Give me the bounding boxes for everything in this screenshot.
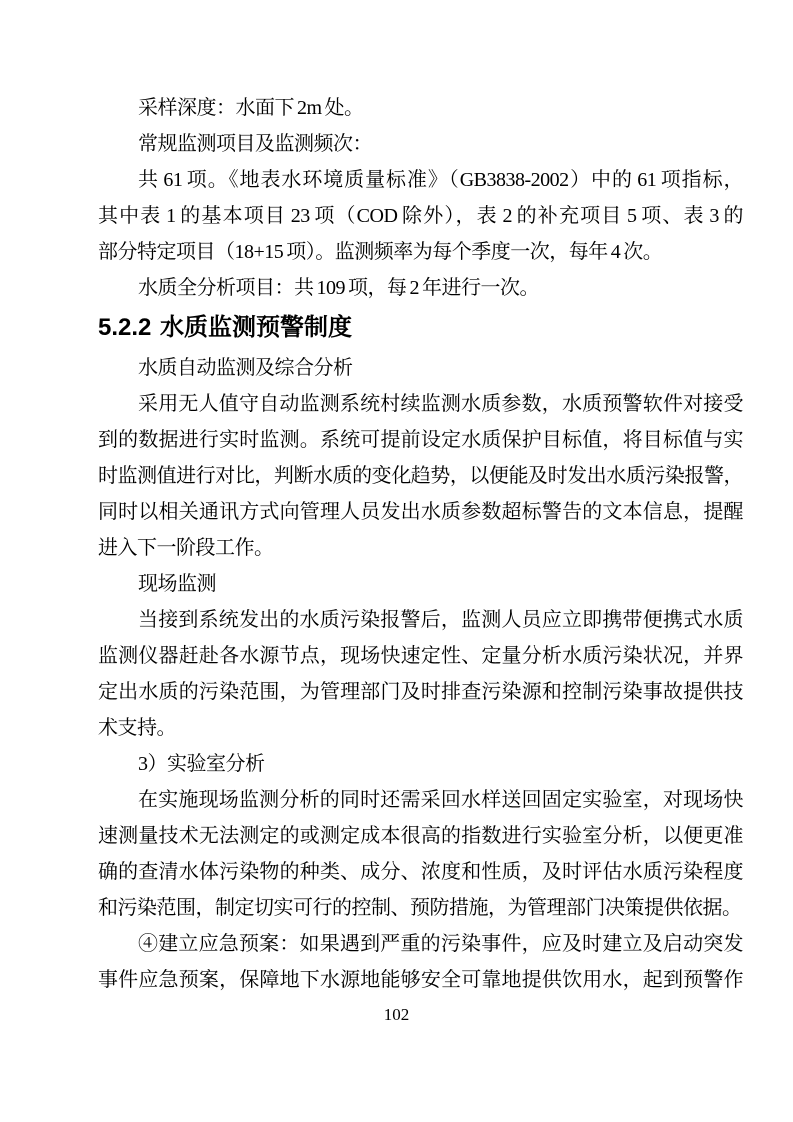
text-line: 常规监测项目及监测频次： xyxy=(98,126,743,162)
text-line: 共 61 项。《地表水环境质量标准》（GB3838-2002）中的 61 项指标… xyxy=(98,162,743,198)
paragraph: 共 61 项。《地表水环境质量标准》（GB3838-2002）中的 61 项指标… xyxy=(98,162,743,270)
text-line: 确的查清水体污染物的种类、成分、浓度和性质，及时评估水质污染程度 xyxy=(98,854,743,890)
section-heading: 5.2.2 水质监测预警制度 xyxy=(98,306,743,350)
text-line: 到的数据进行实时监测。系统可提前设定水质保护目标值，将目标值与实 xyxy=(98,422,743,458)
page-number: 102 xyxy=(0,1003,793,1027)
paragraph: 采用无人值守自动监测系统村续监测水质参数，水质预警软件对接受到的数据进行实时监测… xyxy=(98,386,743,566)
paragraph: 采样深度：水面下 2m 处。 xyxy=(98,90,743,126)
text-line: 术支持。 xyxy=(98,710,743,746)
page-body-text: 采样深度：水面下 2m 处。 常规监测项目及监测频次： 共 61 项。《地表水环… xyxy=(98,90,743,998)
text-line: 水质自动监测及综合分析 xyxy=(98,350,743,386)
document-page: 采样深度：水面下 2m 处。 常规监测项目及监测频次： 共 61 项。《地表水环… xyxy=(0,0,793,1122)
text-line: 其中表 1 的基本项目 23 项（COD 除外），表 2 的补充项目 5 项、表… xyxy=(98,198,743,234)
text-line: 水质全分析项目：共 109 项，每 2 年进行一次。 xyxy=(98,270,743,306)
paragraph: 水质全分析项目：共 109 项，每 2 年进行一次。 xyxy=(98,270,743,306)
text-line: 和污染范围，制定切实可行的控制、预防措施，为管理部门决策提供依据。 xyxy=(98,890,743,926)
text-line: 速测量技术无法测定的或测定成本很高的指数进行实验室分析，以便更准 xyxy=(98,818,743,854)
text-line: 时监测值进行对比，判断水质的变化趋势，以便能及时发出水质污染报警， xyxy=(98,458,743,494)
text-line: 采样深度：水面下 2m 处。 xyxy=(98,90,743,126)
paragraph: 3）实验室分析 xyxy=(98,746,743,782)
paragraph: 现场监测 xyxy=(98,566,743,602)
paragraph: 水质自动监测及综合分析 xyxy=(98,350,743,386)
text-line: ④建立应急预案：如果遇到严重的污染事件，应及时建立及启动突发 xyxy=(98,926,743,962)
paragraph: ④建立应急预案：如果遇到严重的污染事件，应及时建立及启动突发事件应急预案，保障地… xyxy=(98,926,743,998)
text-line: 采用无人值守自动监测系统村续监测水质参数，水质预警软件对接受 xyxy=(98,386,743,422)
text-line: 监测仪器赶赴各水源节点，现场快速定性、定量分析水质污染状况，并界 xyxy=(98,638,743,674)
paragraph: 在实施现场监测分析的同时还需采回水样送回固定实验室，对现场快速测量技术无法测定的… xyxy=(98,782,743,926)
text-line: 同时以相关通讯方式向管理人员发出水质参数超标警告的文本信息，提醒 xyxy=(98,494,743,530)
text-line: 3）实验室分析 xyxy=(98,746,743,782)
paragraph: 当接到系统发出的水质污染报警后，监测人员应立即携带便携式水质监测仪器赶赴各水源节… xyxy=(98,602,743,746)
text-line: 事件应急预案，保障地下水源地能够安全可靠地提供饮用水，起到预警作 xyxy=(98,962,743,998)
paragraph: 常规监测项目及监测频次： xyxy=(98,126,743,162)
text-line: 当接到系统发出的水质污染报警后，监测人员应立即携带便携式水质 xyxy=(98,602,743,638)
text-line: 部分特定项目（18+15 项）。监测频率为每个季度一次，每年 4 次。 xyxy=(98,234,743,270)
text-line: 5.2.2 水质监测预警制度 xyxy=(98,306,743,350)
text-line: 在实施现场监测分析的同时还需采回水样送回固定实验室，对现场快 xyxy=(98,782,743,818)
text-line: 进入下一阶段工作。 xyxy=(98,530,743,566)
text-line: 定出水质的污染范围，为管理部门及时排查污染源和控制污染事故提供技 xyxy=(98,674,743,710)
text-line: 现场监测 xyxy=(98,566,743,602)
